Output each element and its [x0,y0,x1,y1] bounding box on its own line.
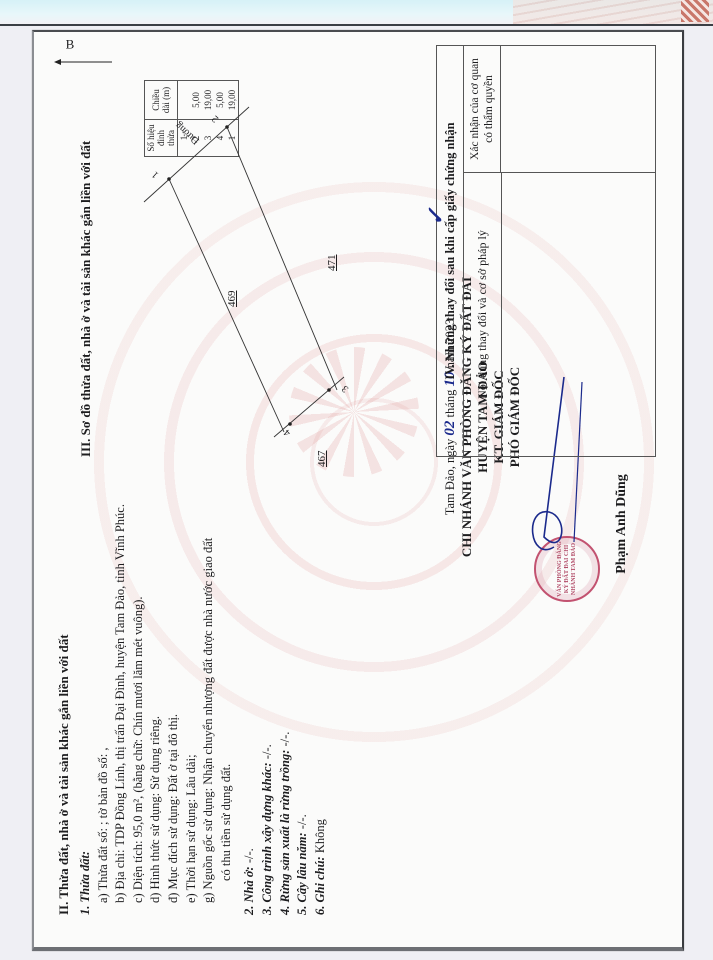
change-content-cell [502,172,655,456]
parcel-471-label: 471 [326,255,338,272]
authority-confirmation-header: Xác nhận của cơ quan có thẩm quyền [464,46,501,172]
handwritten-check-mark: ✓ [423,208,449,226]
parcel-469-label: 469 [226,291,238,308]
rotated-document: II. Thửa đất, nhà ở và tài sản khác gắn … [34,32,682,947]
parcel-number-line: a) Thửa đất số: ; tờ bản đồ số: , [96,455,114,915]
north-label: B [66,37,75,53]
decorative-corner-motif [681,0,709,22]
usage-term-line: e) Thời hạn sử dụng: Lâu dài; [184,455,202,915]
usage-form-line: d) Hình thức sử dụng: Sử dụng riêng. [148,455,166,915]
address-line: b) Địa chỉ: TDP Đồng Lính, thị trấn Đại … [113,455,131,915]
section-2-title: II. Thửa đất, nhà ở và tài sản khác gắn … [56,634,72,915]
north-arrow-icon [54,57,114,67]
perennial-trees-line: 5. Cây lâu năm: -/-. [295,455,313,915]
note-line: 6. Ghi chú: Không [313,455,331,915]
usage-purpose-line: đ) Mục đích sử dụng: Đất ở tại đô thị. [166,455,184,915]
usage-origin-line: g) Nguồn gốc sử dụng: Nhận chuyển nhượng… [201,455,219,915]
production-forest-line: 4. Rừng sản xuất là rừng trồng: -/-. [278,455,296,915]
top-photo-edge [0,0,713,26]
house-line: 2. Nhà ở: -/-. [242,455,260,915]
changes-table: IV. Những thay đổi sau khi cấp giấy chứn… [436,45,656,457]
signer-name: Phạm Anh Dũng [614,454,630,594]
usage-origin-line-2: có thu tiền sử dụng đất. [219,455,237,915]
section-2-body: 1. Thửa đất: a) Thửa đất số: ; tờ bản đồ… [78,455,330,915]
change-content-header: Nội dung thay đổi và cơ sở pháp lý [464,172,502,456]
other-construction-line: 3. Công trình xây dựng khác: -/-. [260,455,278,915]
authority-confirmation-cell [502,46,655,172]
parcel-plan-diagram [124,37,384,457]
parcel-subheading: 1. Thửa đất: [78,455,96,915]
certificate-page: II. Thửa đất, nhà ở và tài sản khác gắn … [32,30,684,951]
parcel-467-label: 467 [316,451,328,468]
section-4-title: IV. Những thay đổi sau khi cấp giấy chứn… [437,46,464,456]
area-line: c) Diện tích: 95,0 m², (bằng chữ: Chín m… [131,455,149,915]
section-3-title: III. Sơ đồ thửa đất, nhà ở và tài sản kh… [78,141,94,457]
